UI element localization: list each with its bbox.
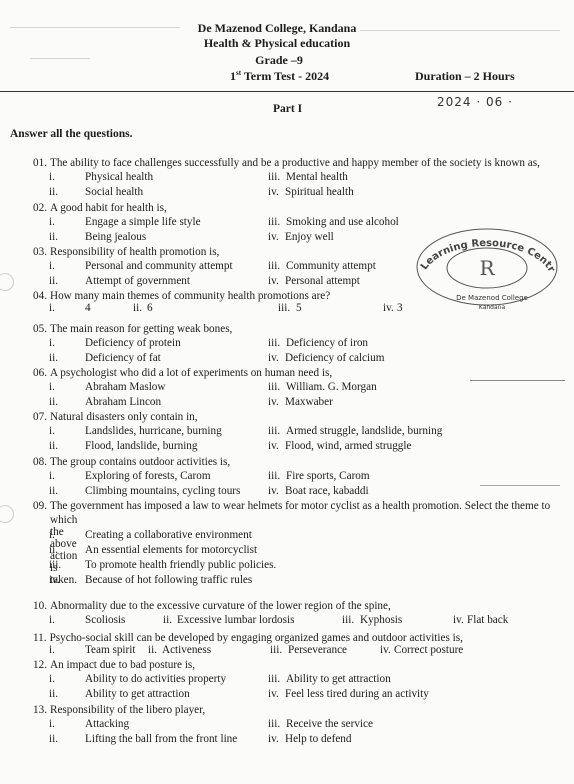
option-iii[interactable]: Armed struggle, landslide, burning bbox=[286, 425, 442, 437]
option-iii[interactable]: 5 bbox=[296, 302, 302, 314]
question-stem: Responsibility of health promotion is, bbox=[50, 246, 219, 258]
option-i[interactable]: Attacking bbox=[85, 718, 129, 730]
question-number: 01. bbox=[33, 157, 47, 169]
option-label-iv: iv. bbox=[268, 352, 279, 364]
option-iii[interactable]: William. G. Morgan bbox=[286, 381, 377, 393]
option-label-iii: iii. bbox=[268, 381, 280, 393]
option-iv[interactable]: Spiritual health bbox=[285, 186, 354, 198]
option-iv[interactable]: Boat race, kabaddi bbox=[285, 485, 369, 497]
option-label-iv: iv. bbox=[49, 574, 60, 586]
option-label-iv: iv. bbox=[268, 440, 279, 452]
option-label-iii: iii. bbox=[268, 470, 280, 482]
option-label-iii: iii. bbox=[270, 644, 282, 656]
option-iv[interactable]: Maxwaber bbox=[285, 396, 333, 408]
question-stem: The government has imposed a law to wear… bbox=[50, 500, 550, 512]
question-text: 09.The government has imposed a law to w… bbox=[33, 499, 573, 513]
option-label-iii: iii. bbox=[268, 337, 280, 349]
option-i[interactable]: Personal and community attempt bbox=[85, 260, 233, 272]
option-label-ii: ii. bbox=[49, 231, 58, 243]
option-i[interactable]: Abraham Maslow bbox=[85, 381, 165, 393]
option-ii[interactable]: Being jealous bbox=[85, 231, 146, 243]
option-label-iii: iii. bbox=[268, 171, 280, 183]
option-ii[interactable]: Ability to get attraction bbox=[85, 688, 190, 700]
question-stem: Responsibility of the libero player, bbox=[50, 704, 205, 716]
show-through-line bbox=[470, 380, 565, 381]
option-label-i: i. bbox=[49, 302, 55, 314]
term-title: 1st Term Test - 2024 bbox=[230, 69, 329, 84]
option-label-i: i. bbox=[49, 260, 55, 272]
question-number: 04. bbox=[33, 290, 47, 302]
option-label-iv: iv. bbox=[268, 485, 279, 497]
option-iv[interactable]: Help to defend bbox=[285, 733, 351, 745]
option-label-i: i. bbox=[49, 216, 55, 228]
option-iv[interactable]: Deficiency of calcium bbox=[285, 352, 384, 364]
option-iv[interactable]: Personal attempt bbox=[285, 275, 360, 287]
question-text: 07.Natural disasters only contain in, bbox=[33, 410, 573, 424]
option-label-i: i. bbox=[49, 337, 55, 349]
option-label-iv: iv. bbox=[268, 396, 279, 408]
option-label-iii: iii. bbox=[268, 216, 280, 228]
school-name: De Mazenod College, Kandana bbox=[0, 21, 564, 36]
question-text: 13.Responsibility of the libero player, bbox=[33, 703, 573, 717]
option-label-iv: iv. bbox=[453, 614, 464, 626]
option-label-iii: iii. bbox=[49, 559, 61, 571]
option-i[interactable]: Ability to do activities property bbox=[85, 673, 226, 685]
question-text: 03.Responsibility of health promotion is… bbox=[33, 245, 573, 259]
option-label-ii: ii. bbox=[49, 544, 58, 556]
question-text: 08.The group contains outdoor activities… bbox=[33, 455, 573, 469]
question-stem: The ability to face challenges successfu… bbox=[50, 157, 540, 169]
option-label-i: i. bbox=[49, 614, 55, 626]
question-text: 06.A psychologist who did a lot of exper… bbox=[33, 366, 573, 380]
question-number: 07. bbox=[33, 411, 47, 423]
option-iii[interactable]: Community attempt bbox=[286, 260, 376, 272]
question-number: 06. bbox=[33, 367, 47, 379]
question-number: 09. bbox=[33, 500, 47, 512]
option-label-iv: iv. bbox=[380, 644, 391, 656]
option-ii[interactable]: Lifting the ball from the front line bbox=[85, 733, 237, 745]
question-number: 03. bbox=[33, 246, 47, 258]
option-iii[interactable]: Mental health bbox=[286, 171, 348, 183]
option-i[interactable]: Exploring of forests, Carom bbox=[85, 470, 211, 482]
option-i[interactable]: Scoliosis bbox=[85, 614, 125, 626]
question-number: 02. bbox=[33, 202, 47, 214]
option-label-iii: iii. bbox=[268, 260, 280, 272]
question-number: 12. bbox=[33, 659, 47, 671]
question-text: 10.Abnormality due to the excessive curv… bbox=[33, 599, 573, 613]
option-i[interactable]: Engage a simple life style bbox=[85, 216, 201, 228]
option-label-ii: ii. bbox=[49, 352, 58, 364]
question-number: 08. bbox=[33, 456, 47, 468]
option-label-iv: iv. bbox=[268, 688, 279, 700]
question-text: 12.An impact due to bad posture is, bbox=[33, 658, 573, 672]
option-ii[interactable]: An essential elements for motorcyclist bbox=[85, 544, 257, 556]
option-ii[interactable]: Attempt of government bbox=[85, 275, 190, 287]
option-label-ii: ii. bbox=[163, 614, 172, 626]
part-title: Part I bbox=[273, 103, 302, 115]
header-divider bbox=[0, 91, 574, 92]
option-label-ii: ii. bbox=[49, 688, 58, 700]
question-stem: The main reason for getting weak bones, bbox=[50, 323, 232, 335]
option-label-i: i. bbox=[49, 470, 55, 482]
option-i[interactable]: Deficiency of protein bbox=[85, 337, 181, 349]
handwritten-date: 2024 · 06 · bbox=[437, 95, 513, 109]
option-label-i: i. bbox=[49, 529, 55, 541]
question-number: 13. bbox=[33, 704, 47, 716]
stamp-bottom-2: Kandana bbox=[479, 304, 506, 311]
option-ii[interactable]: Climbing mountains, cycling tours bbox=[85, 485, 240, 497]
option-iii[interactable]: Smoking and use alcohol bbox=[286, 216, 399, 228]
option-iii[interactable]: Perseverance bbox=[288, 644, 347, 656]
option-iv[interactable]: Because of hot following traffic rules bbox=[85, 574, 252, 586]
duration: Duration – 2 Hours bbox=[415, 69, 515, 84]
option-ii[interactable]: Deficiency of fat bbox=[85, 352, 161, 364]
option-label-ii: ii. bbox=[49, 440, 58, 452]
stamp-center: R bbox=[479, 256, 495, 280]
option-iii[interactable]: Deficiency of iron bbox=[286, 337, 368, 349]
question-number: 10. bbox=[33, 600, 47, 612]
option-iii[interactable]: Fire sports, Carom bbox=[286, 470, 370, 482]
option-label-i: i. bbox=[49, 673, 55, 685]
question-text: 01.The ability to face challenges succes… bbox=[33, 156, 573, 170]
question-text: 11.Psycho-social skill can be developed … bbox=[33, 631, 573, 645]
option-iv[interactable]: Feel less tired during an activity bbox=[285, 688, 429, 700]
option-iv[interactable]: Correct posture bbox=[394, 644, 463, 656]
option-label-i: i. bbox=[49, 644, 55, 656]
option-iii[interactable]: Kyphosis bbox=[360, 614, 402, 626]
option-label-iii: iii. bbox=[278, 302, 290, 314]
question-number: 05. bbox=[33, 323, 47, 335]
option-label-ii: ii. bbox=[49, 186, 58, 198]
question-stem: How many main themes of community health… bbox=[50, 290, 330, 302]
question-text: 02.A good habit for health is, bbox=[33, 201, 573, 215]
option-label-ii: ii. bbox=[49, 733, 58, 745]
option-label-iv: iv. bbox=[268, 231, 279, 243]
option-iv[interactable]: Enjoy well bbox=[285, 231, 334, 243]
question-stem: The group contains outdoor activities is… bbox=[50, 456, 230, 468]
subject-title: Health & Physical education bbox=[0, 36, 564, 51]
question-text: 05.The main reason for getting weak bone… bbox=[33, 322, 573, 336]
option-ii[interactable]: Flood, landslide, burning bbox=[85, 440, 198, 452]
option-iv[interactable]: Flat back bbox=[467, 614, 508, 626]
question-text: 04.How many main themes of community hea… bbox=[33, 289, 573, 303]
option-ii[interactable]: Activeness bbox=[162, 644, 211, 656]
question-stem: Psycho-social skill can be developed by … bbox=[50, 632, 463, 644]
option-iv[interactable]: 3 bbox=[397, 302, 403, 314]
option-label-ii: ii. bbox=[133, 302, 142, 314]
grade: Grade –9 bbox=[0, 53, 566, 68]
question-stem: Abnormality due to the excessive curvatu… bbox=[50, 600, 391, 612]
option-label-iii: iii. bbox=[268, 425, 280, 437]
punch-hole bbox=[0, 505, 14, 523]
option-label-iii: iii. bbox=[268, 718, 280, 730]
question-stem: Natural disasters only contain in, bbox=[50, 411, 198, 423]
question-stem: A good habit for health is, bbox=[50, 202, 167, 214]
option-iii[interactable]: To promote health friendly public polici… bbox=[85, 559, 276, 571]
option-label-i: i. bbox=[49, 425, 55, 437]
question-stem: A psychologist who did a lot of experime… bbox=[50, 367, 332, 379]
option-i[interactable]: Landslides, hurricane, burning bbox=[85, 425, 222, 437]
option-label-iii: iii. bbox=[268, 673, 280, 685]
punch-hole bbox=[0, 273, 14, 291]
option-ii[interactable]: Social health bbox=[85, 186, 143, 198]
option-i[interactable]: Team spirit bbox=[85, 644, 135, 656]
option-i[interactable]: Creating a collaborative environment bbox=[85, 529, 252, 541]
option-label-ii: ii. bbox=[49, 485, 58, 497]
option-label-ii: ii. bbox=[49, 396, 58, 408]
option-ii[interactable]: Abraham Lincon bbox=[85, 396, 161, 408]
option-label-i: i. bbox=[49, 718, 55, 730]
question-number: 11. bbox=[33, 632, 47, 644]
option-iii[interactable]: Receive the service bbox=[286, 718, 373, 730]
option-label-iv: iv. bbox=[268, 733, 279, 745]
option-i[interactable]: Physical health bbox=[85, 171, 153, 183]
option-label-ii: ii. bbox=[148, 644, 157, 656]
option-label-iii: iii. bbox=[342, 614, 354, 626]
option-label-i: i. bbox=[49, 381, 55, 393]
option-label-ii: ii. bbox=[49, 275, 58, 287]
option-ii[interactable]: 6 bbox=[147, 302, 153, 314]
option-label-iv: iv. bbox=[268, 186, 279, 198]
option-label-iv: iv. bbox=[383, 302, 394, 314]
option-iv[interactable]: Flood, wind, armed struggle bbox=[285, 440, 411, 452]
instruction: Answer all the questions. bbox=[10, 128, 132, 140]
option-iii[interactable]: Ability to get attraction bbox=[286, 673, 391, 685]
question-stem: An impact due to bad posture is, bbox=[50, 659, 195, 671]
term-suffix: Term Test - 2024 bbox=[241, 69, 329, 83]
option-label-i: i. bbox=[49, 171, 55, 183]
option-ii[interactable]: Excessive lumbar lordosis bbox=[177, 614, 294, 626]
show-through-line bbox=[480, 485, 560, 486]
option-label-iv: iv. bbox=[268, 275, 279, 287]
option-i[interactable]: 4 bbox=[85, 302, 91, 314]
